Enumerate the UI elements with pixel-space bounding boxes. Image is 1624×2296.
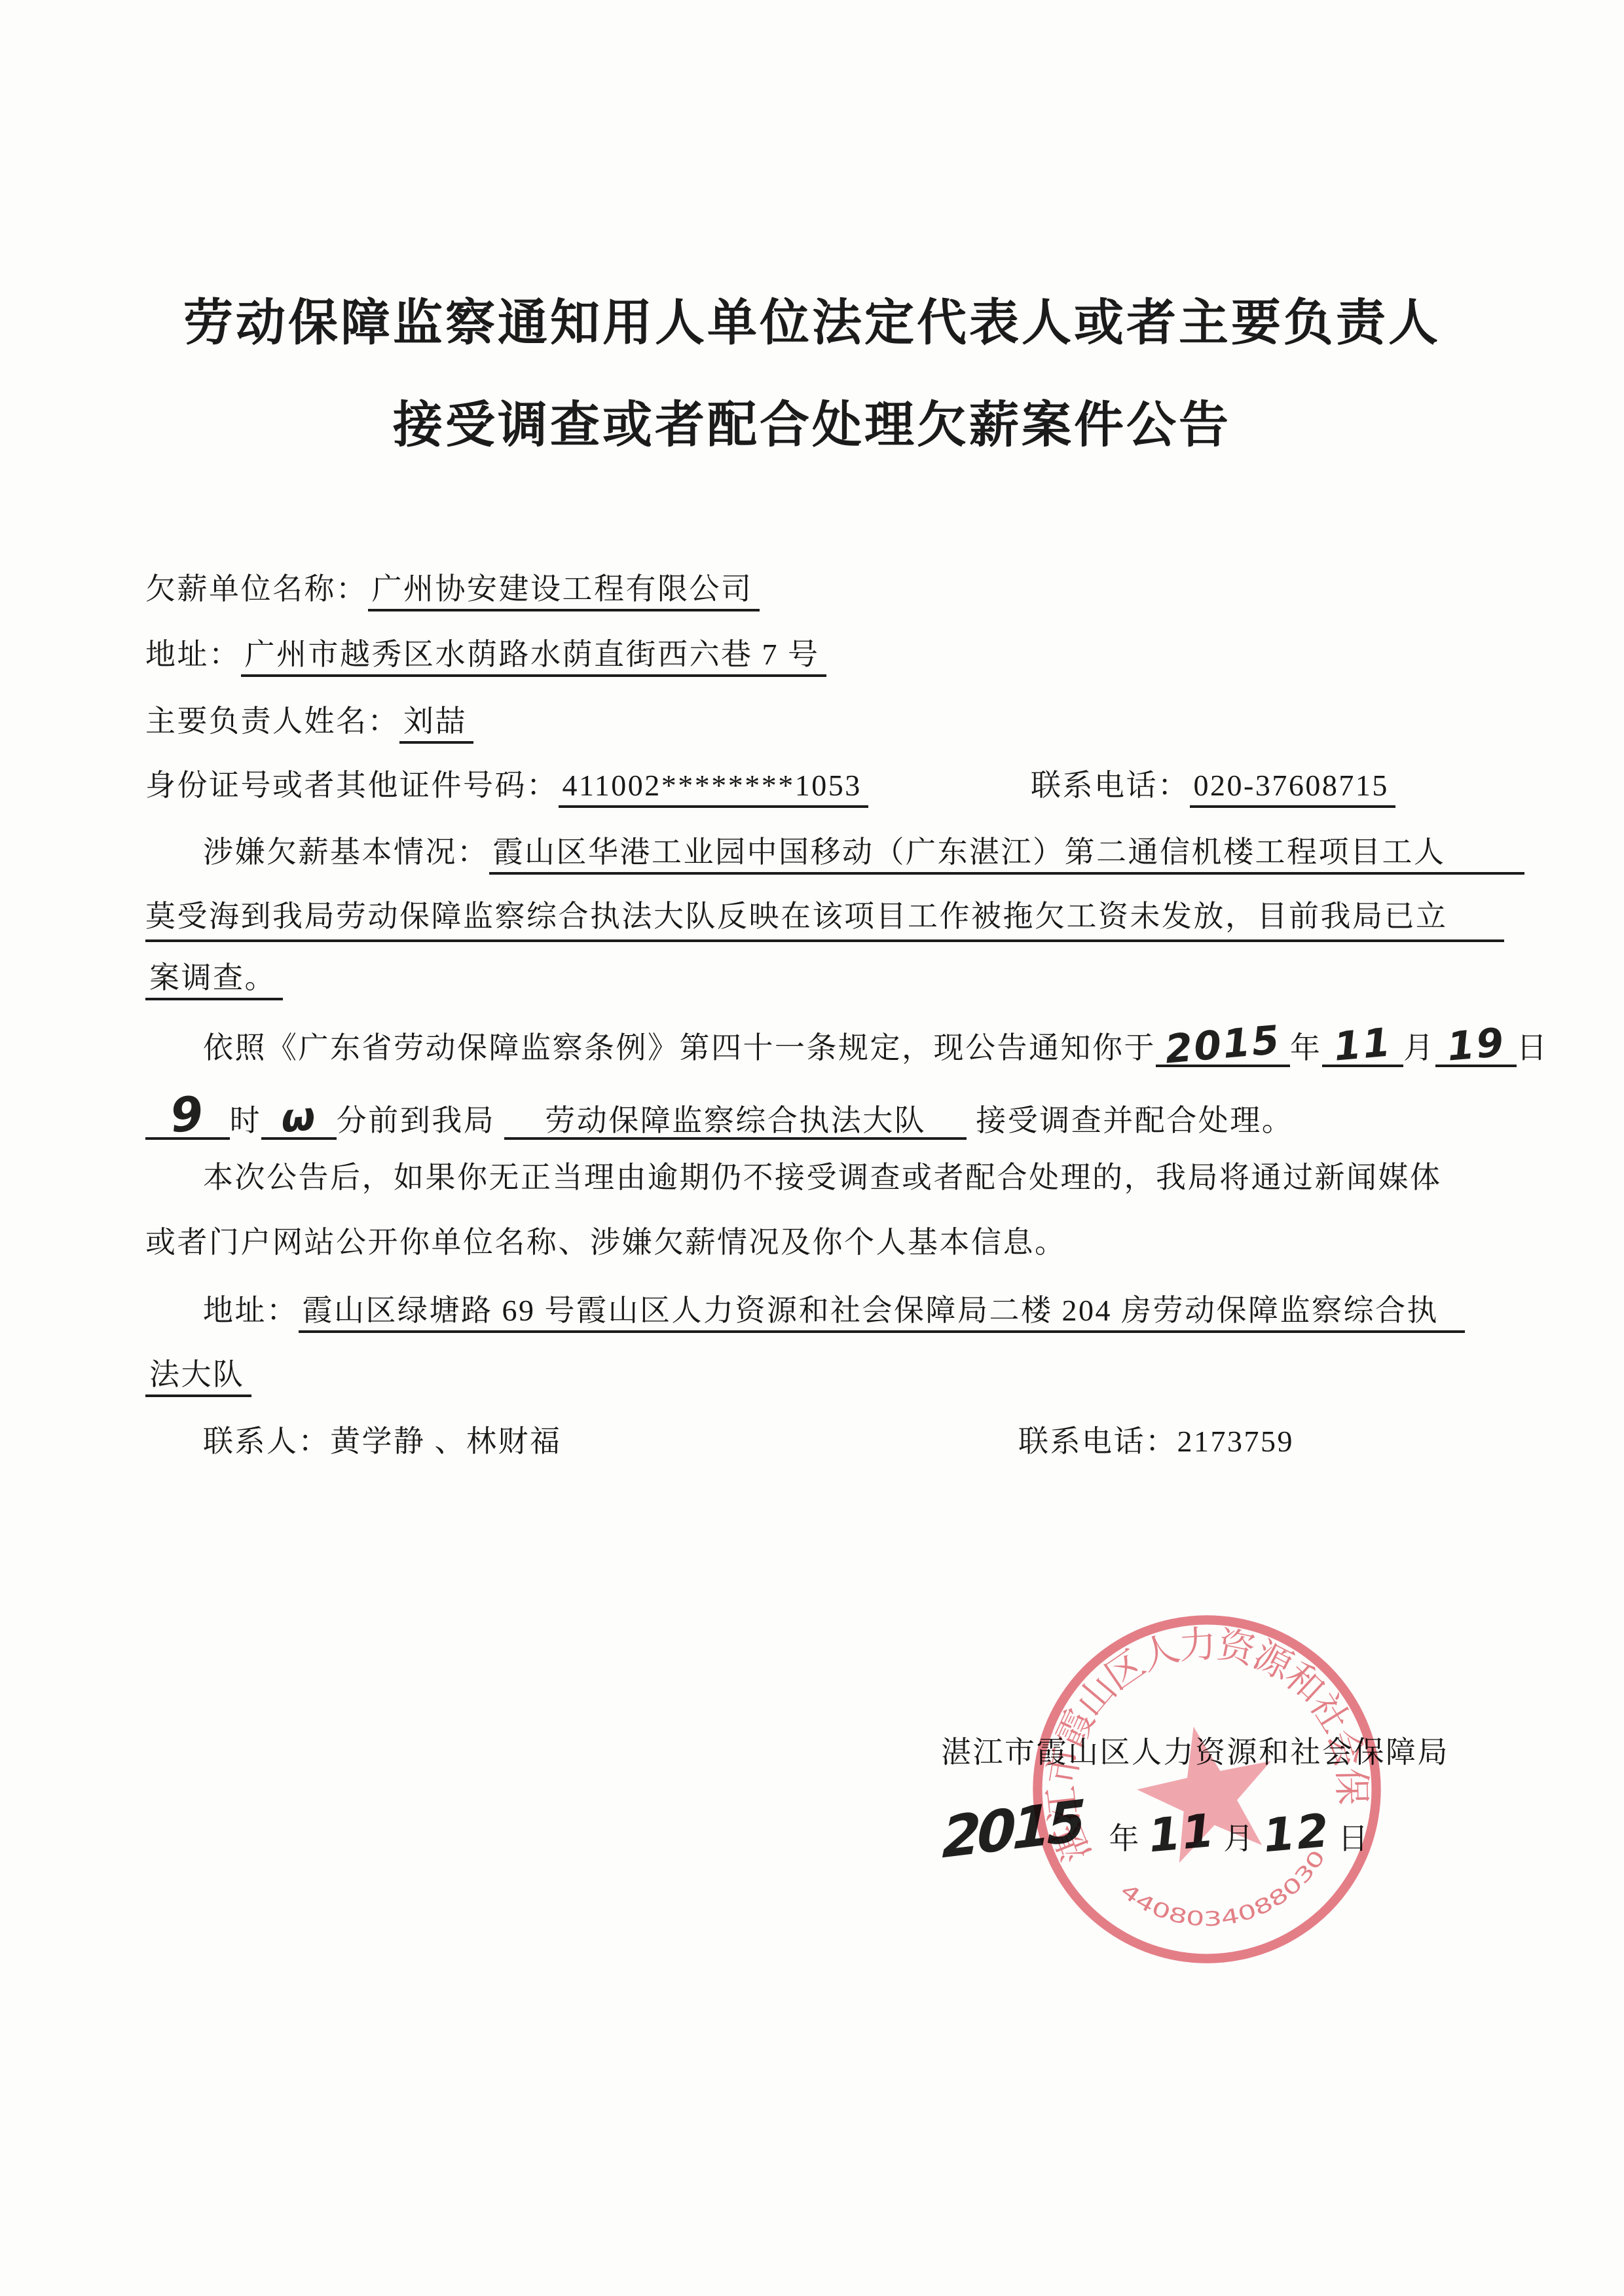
contact-label: 联系人： bbox=[203, 1425, 330, 1458]
phone-group: 联系电话：020-37608715 bbox=[1031, 766, 1395, 805]
id-label: 身份证号或者其他证件号码： bbox=[145, 769, 559, 802]
notice-day-handwritten: 19 bbox=[1435, 1031, 1517, 1067]
document-page: 劳动保障监察通知用人单位法定代表人或者主要负责人 接受调查或者配合处理欠薪案件公… bbox=[0, 0, 1624, 2296]
title-line-1: 劳动保障监察通知用人单位法定代表人或者主要负责人 bbox=[0, 283, 1624, 354]
phone-value: 020-37608715 bbox=[1190, 769, 1395, 808]
seal-star-icon bbox=[1126, 1713, 1287, 1868]
office-addr-label: 地址： bbox=[203, 1294, 299, 1327]
person-line: 主要负责人姓名：刘喆 bbox=[145, 702, 473, 741]
notice-dept: 劳动保障监察综合执法大队 bbox=[504, 1104, 967, 1140]
office-addr-line-2: 法大队 bbox=[145, 1355, 251, 1394]
case-label: 涉嫌欠薪基本情况： bbox=[203, 835, 489, 869]
notice-month-unit: 月 bbox=[1403, 1031, 1435, 1065]
notice-year-unit: 年 bbox=[1290, 1031, 1322, 1065]
notice-hour-unit: 时 bbox=[230, 1104, 262, 1137]
office-addr-value-2: 法大队 bbox=[145, 1358, 251, 1397]
case-value-2: 莫受海到我局劳动保障监察综合执法大队反映在该项目工作被拖欠工资未发放，目前我局已… bbox=[145, 897, 1504, 942]
company-line: 欠薪单位名称：广州协安建设工程有限公司 bbox=[145, 570, 760, 609]
official-seal-stamp: 湛江市霞山区人力资源和社会保障局 4408034088030 bbox=[986, 1568, 1428, 2011]
notice-month-handwritten: 11 bbox=[1322, 1031, 1404, 1067]
office-addr-line-1: 地址：霞山区绿塘路 69 号霞山区人力资源和社会保障局二楼 204 房劳动保障监… bbox=[203, 1291, 1465, 1330]
id-phone-line: 身份证号或者其他证件号码：411002********1053联系电话：020-… bbox=[145, 766, 868, 805]
notice-day-unit: 日 bbox=[1517, 1031, 1549, 1065]
notice-prefix: 依照《广东省劳动保障监察条例》第四十一条规定，现公告通知你于 bbox=[203, 1031, 1156, 1065]
contact-value: 黄学静 、林财福 bbox=[330, 1425, 562, 1458]
notice-suffix: 接受调查并配合处理。 bbox=[976, 1104, 1293, 1137]
office-addr-value-1: 霞山区绿塘路 69 号霞山区人力资源和社会保障局二楼 204 房劳动保障监察综合… bbox=[299, 1294, 1466, 1333]
person-label: 主要负责人姓名： bbox=[145, 704, 399, 738]
address-line: 地址：广州市越秀区水荫路水荫直街西六巷 7 号 bbox=[145, 635, 826, 674]
notice-minute-handwritten: ω bbox=[261, 1104, 337, 1140]
phone-label: 联系电话： bbox=[1031, 769, 1190, 802]
address-value: 广州市越秀区水荫路水荫直街西六巷 7 号 bbox=[241, 638, 826, 677]
warning-line-2: 或者门户网站公开你单位名称、涉嫌欠薪情况及你个人基本信息。 bbox=[145, 1223, 1067, 1262]
notice-minute-unit: 分前到我局 bbox=[337, 1104, 496, 1137]
address-label: 地址： bbox=[145, 638, 241, 671]
person-value: 刘喆 bbox=[399, 704, 473, 744]
company-label: 欠薪单位名称： bbox=[145, 572, 368, 606]
company-value: 广州协安建设工程有限公司 bbox=[368, 572, 760, 611]
notice-date-line: 依照《广东省劳动保障监察条例》第四十一条规定，现公告通知你于2015年11月19… bbox=[203, 1025, 1549, 1068]
case-value-1: 霞山区华港工业园中国移动（广东湛江）第二通信机楼工程项目工人 bbox=[489, 835, 1524, 875]
id-value: 411002********1053 bbox=[559, 769, 868, 808]
case-line-1: 涉嫌欠薪基本情况：霞山区华港工业园中国移动（广东湛江）第二通信机楼工程项目工人 bbox=[203, 833, 1524, 872]
case-value-3: 案调查。 bbox=[145, 961, 283, 1000]
office-phone-label: 联系电话： bbox=[1018, 1425, 1177, 1458]
notice-time-line: 9时ω分前到我局劳动保障监察综合执法大队接受调查并配合处理。 bbox=[145, 1091, 1293, 1140]
seal-code: 4408034088030 bbox=[1113, 1838, 1340, 1952]
office-phone-group: 联系电话：2173759 bbox=[1018, 1422, 1294, 1461]
case-line-3: 案调查。 bbox=[145, 958, 283, 998]
title-line-2: 接受调查或者配合处理欠薪案件公告 bbox=[0, 385, 1624, 456]
office-phone-value: 2173759 bbox=[1177, 1425, 1295, 1458]
notice-year-handwritten: 2015 bbox=[1156, 1031, 1290, 1067]
notice-hour-handwritten: 9 bbox=[145, 1104, 230, 1140]
case-line-2: 莫受海到我局劳动保障监察综合执法大队反映在该项目工作被拖欠工资未发放，目前我局已… bbox=[145, 897, 1504, 942]
contact-line: 联系人：黄学静 、林财福联系电话：2173759 bbox=[203, 1422, 562, 1461]
warning-line-1: 本次公告后，如果你无正当理由逾期仍不接受调查或者配合处理的，我局将通过新闻媒体 bbox=[203, 1158, 1442, 1197]
